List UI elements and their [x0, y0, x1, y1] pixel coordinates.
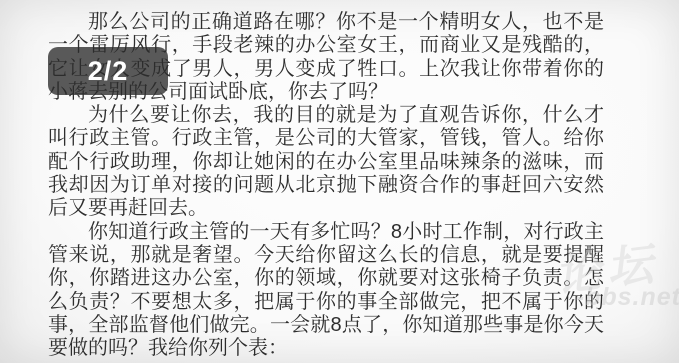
paragraph: 为什么要让你去，我的目的就是为了直观告诉你，什么才叫行政主管。行政主管，是公司的… [48, 104, 604, 220]
message-photo-viewer[interactable]: 那么公司的正确道路在哪？你不是一个精明女人，也不是一个雷厉风行，手段老辣的办公室… [0, 0, 679, 363]
page-indicator-badge: 2/2 [48, 47, 168, 95]
paragraph: 你知道行政主管的一天有多忙吗？8小时工作制，对行政主管来说，那就是奢望。今天给你… [48, 221, 604, 361]
page-indicator-label: 2/2 [88, 56, 129, 87]
